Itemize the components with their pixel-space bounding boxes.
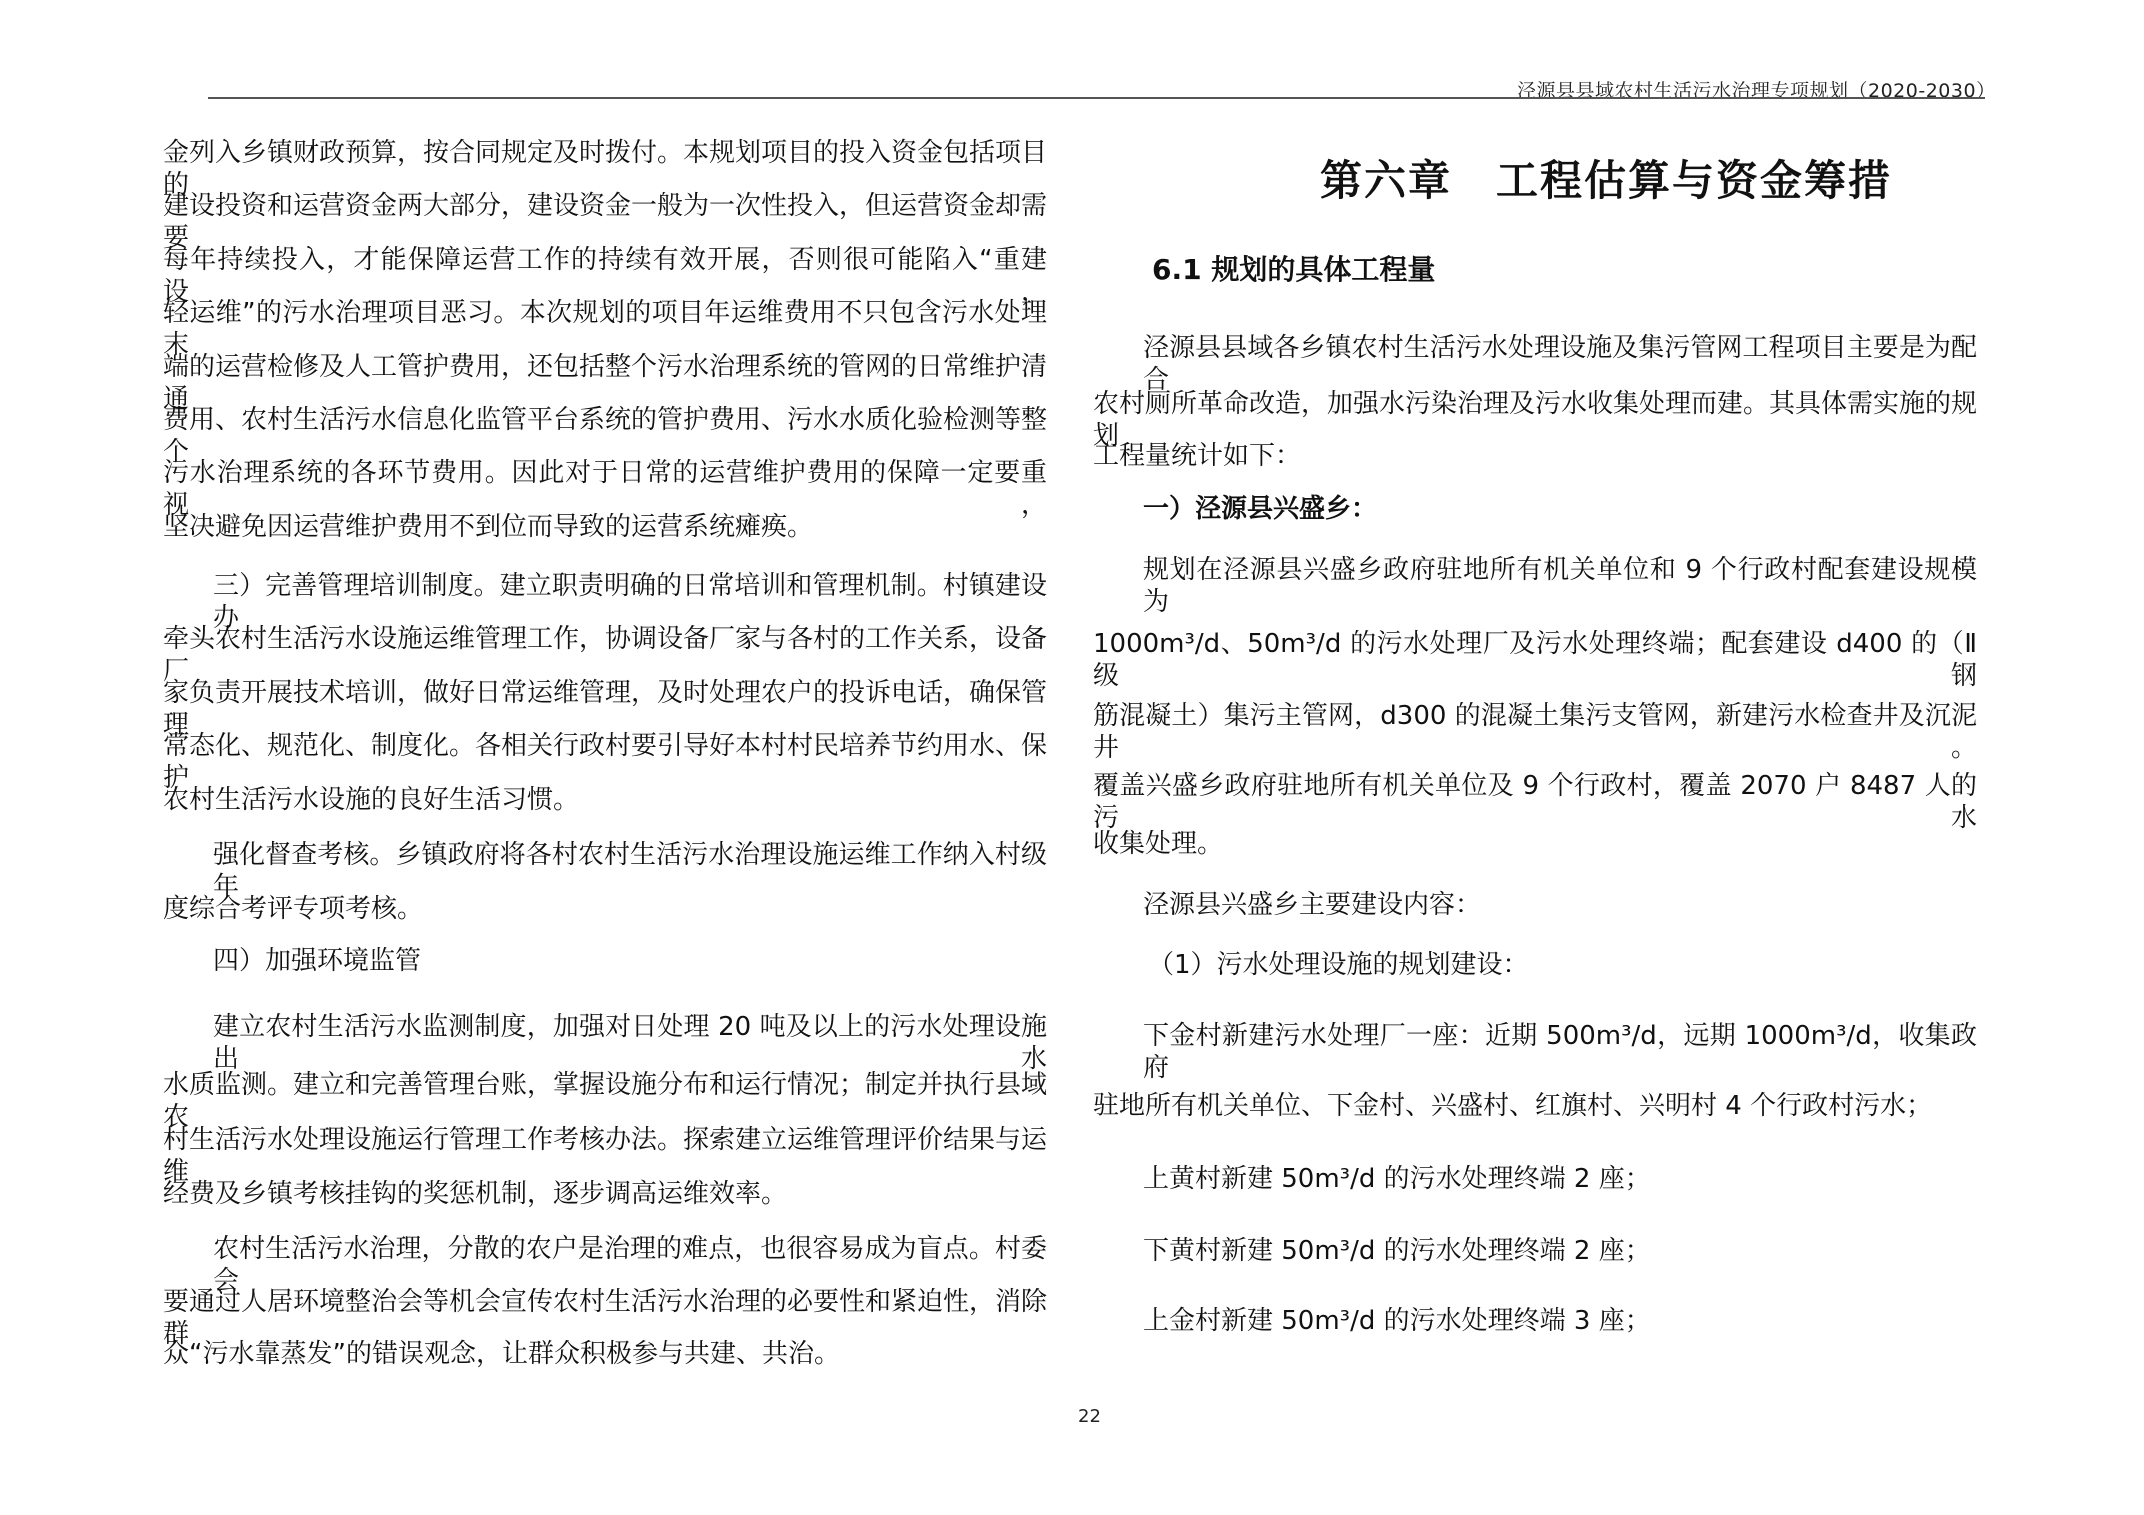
- list-heading: （1）污水处理设施的规划建设：: [1148, 949, 1978, 981]
- paragraph-line: 建设投资和运营资金两大部分，建设资金一般为一次性投入，但运营资金却需要: [163, 190, 1047, 222]
- paragraph-line: 强化督查考核。乡镇政府将各村农村生活污水治理设施运维工作纳入村级年: [213, 839, 1047, 871]
- paragraph-line: 泾源县县域各乡镇农村生活污水处理设施及集污管网工程项目主要是为配合: [1143, 332, 1977, 364]
- paragraph-line: 轻运维”的污水治理项目恶习。本次规划的项目年运维费用不只包含污水处理末: [163, 297, 1047, 329]
- paragraph-line: 水质监测。建立和完善管理台账，掌握设施分布和运行情况；制定并执行县域农: [163, 1069, 1047, 1101]
- paragraph-line: 三）完善管理培训制度。建立职责明确的日常培训和管理机制。村镇建设办: [213, 570, 1047, 602]
- paragraph-line: 覆盖兴盛乡政府驻地所有机关单位及 9 个行政村，覆盖 2070 户 8487 人…: [1093, 770, 1977, 802]
- paragraph-line: 每年持续投入，才能保障运营工作的持续有效开展，否则很可能陷入“重建设，: [163, 244, 1047, 276]
- header-rule: [208, 97, 1985, 99]
- paragraph-line: 度综合考评专项考核。: [163, 893, 1047, 925]
- chapter-title: 第六章 工程估算与资金筹措: [1320, 148, 1892, 208]
- paragraph-line: 费用、农村生活污水信息化监管平台系统的管护费用、污水水质化验检测等整个: [163, 404, 1047, 436]
- paragraph-line: 1000m³/d、50m³/d 的污水处理厂及污水处理终端；配套建设 d400 …: [1093, 628, 1977, 660]
- list-item: 上金村新建 50m³/d 的污水处理终端 3 座；: [1143, 1305, 1977, 1337]
- list-item-continuation: 驻地所有机关单位、下金村、兴盛村、红旗村、兴明村 4 个行政村污水；: [1093, 1090, 1977, 1122]
- subsection-heading: 一）泾源县兴盛乡：: [1143, 493, 1977, 525]
- subsection-heading: 四）加强环境监管: [213, 945, 1047, 977]
- paragraph-line: 牵头农村生活污水设施运维管理工作，协调设备厂家与各村的工作关系，设备厂: [163, 623, 1047, 655]
- paragraph-line: 收集处理。: [1093, 828, 1977, 860]
- paragraph-line: 金列入乡镇财政预算，按合同规定及时拨付。本规划项目的投入资金包括项目的: [163, 137, 1047, 169]
- section-heading: 6.1 规划的具体工程量: [1152, 248, 1435, 288]
- list-item: 下金村新建污水处理厂一座：近期 500m³/d，远期 1000m³/d，收集政府: [1143, 1020, 1977, 1052]
- paragraph-line: 经费及乡镇考核挂钩的奖惩机制，逐步调高运维效率。: [163, 1178, 1047, 1210]
- paragraph-line: 农村生活污水治理，分散的农户是治理的难点，也很容易成为盲点。村委会: [213, 1233, 1047, 1265]
- paragraph-line: 坚决避免因运营维护费用不到位而导致的运营系统瘫痪。: [163, 511, 1047, 543]
- page-number: 22: [1078, 1406, 1101, 1427]
- paragraph-line: 泾源县兴盛乡主要建设内容：: [1143, 889, 1977, 921]
- paragraph-line: 常态化、规范化、制度化。各相关行政村要引导好本村村民培养节约用水、保护: [163, 730, 1047, 762]
- paragraph-line: 筋混凝土）集污主管网，d300 的混凝土集污支管网，新建污水检查井及沉泥井。: [1093, 700, 1977, 732]
- paragraph-line: 家负责开展技术培训，做好日常运维管理，及时处理农户的投诉电话，确保管理: [163, 677, 1047, 709]
- paragraph-line: 要通过人居环境整治会等机会宣传农村生活污水治理的必要性和紧迫性，消除群: [163, 1286, 1047, 1318]
- paragraph-line: 端的运营检修及人工管护费用，还包括整个污水治理系统的管网的日常维护清通: [163, 351, 1047, 383]
- list-item: 下黄村新建 50m³/d 的污水处理终端 2 座；: [1143, 1235, 1977, 1267]
- paragraph-line: 污水治理系统的各环节费用。因此对于日常的运营维护费用的保障一定要重视，: [163, 457, 1047, 489]
- paragraph-line: 村生活污水处理设施运行管理工作考核办法。探索建立运维管理评价结果与运维: [163, 1124, 1047, 1156]
- paragraph-line: 众“污水靠蒸发”的错误观念，让群众积极参与共建、共治。: [163, 1338, 1047, 1370]
- list-item: 上黄村新建 50m³/d 的污水处理终端 2 座；: [1143, 1163, 1977, 1195]
- paragraph-line: 建立农村生活污水监测制度，加强对日处理 20 吨及以上的污水处理设施出水: [213, 1011, 1047, 1043]
- paragraph-line: 农村厕所革命改造，加强水污染治理及污水收集处理而建。其具体需实施的规划: [1093, 388, 1977, 420]
- paragraph-line: 农村生活污水设施的良好生活习惯。: [163, 784, 1047, 816]
- paragraph-line: 工程量统计如下：: [1093, 440, 1977, 472]
- paragraph-line: 规划在泾源县兴盛乡政府驻地所有机关单位和 9 个行政村配套建设规模为: [1143, 554, 1977, 586]
